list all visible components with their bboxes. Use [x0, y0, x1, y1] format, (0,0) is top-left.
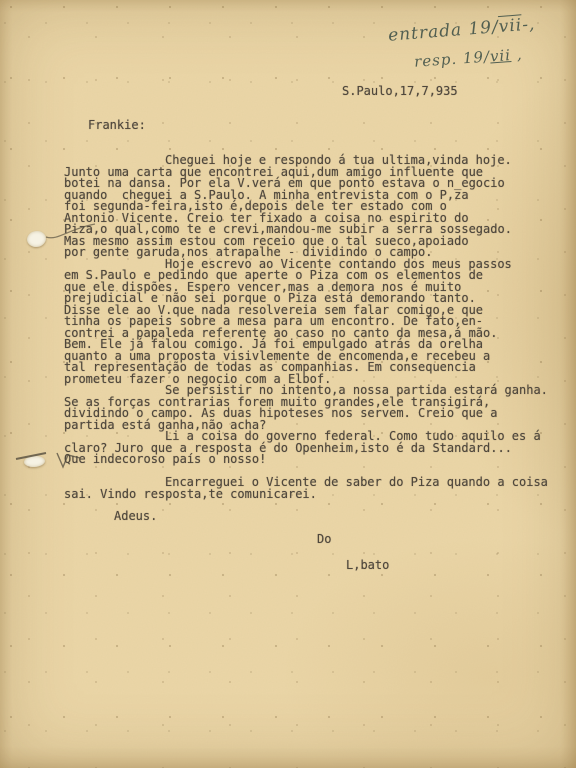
letter-scan: entrada 19/vii-, resp. 19/vii , S.Paulo,… — [0, 0, 576, 768]
letter-body: Cheguei hoje e respondo á tua ultima,vin… — [64, 155, 548, 500]
note-roman-numeral: vii — [498, 15, 523, 37]
note-suffix: -, — [521, 14, 536, 35]
paragraph: Li a coisa do governo federal. Como tudo… — [64, 431, 548, 466]
letter-salutation: Frankie: — [88, 120, 146, 132]
paragraph: Cheguei hoje e respondo á tua ultima,vin… — [64, 155, 548, 259]
letter-closing: Do — [317, 534, 331, 546]
letter-date: S.Paulo,17,7,935 — [342, 86, 458, 98]
letter-text: S.Paulo,17,7,935 Frankie: Cheguei hoje e… — [0, 0, 576, 768]
note-suffix: , — [510, 45, 523, 64]
note-roman-numeral: vii — [489, 46, 511, 65]
paragraph: Hoje escrevo ao Vicente contando dos meu… — [64, 259, 548, 386]
paragraph: Encarreguei o Vicente de saber do Piza q… — [64, 477, 548, 500]
paragraph: Se persistir no intento,a nossa partida … — [64, 385, 548, 431]
letter-farewell: Adeus. — [114, 511, 157, 523]
letter-signature: L,bato — [346, 560, 389, 572]
